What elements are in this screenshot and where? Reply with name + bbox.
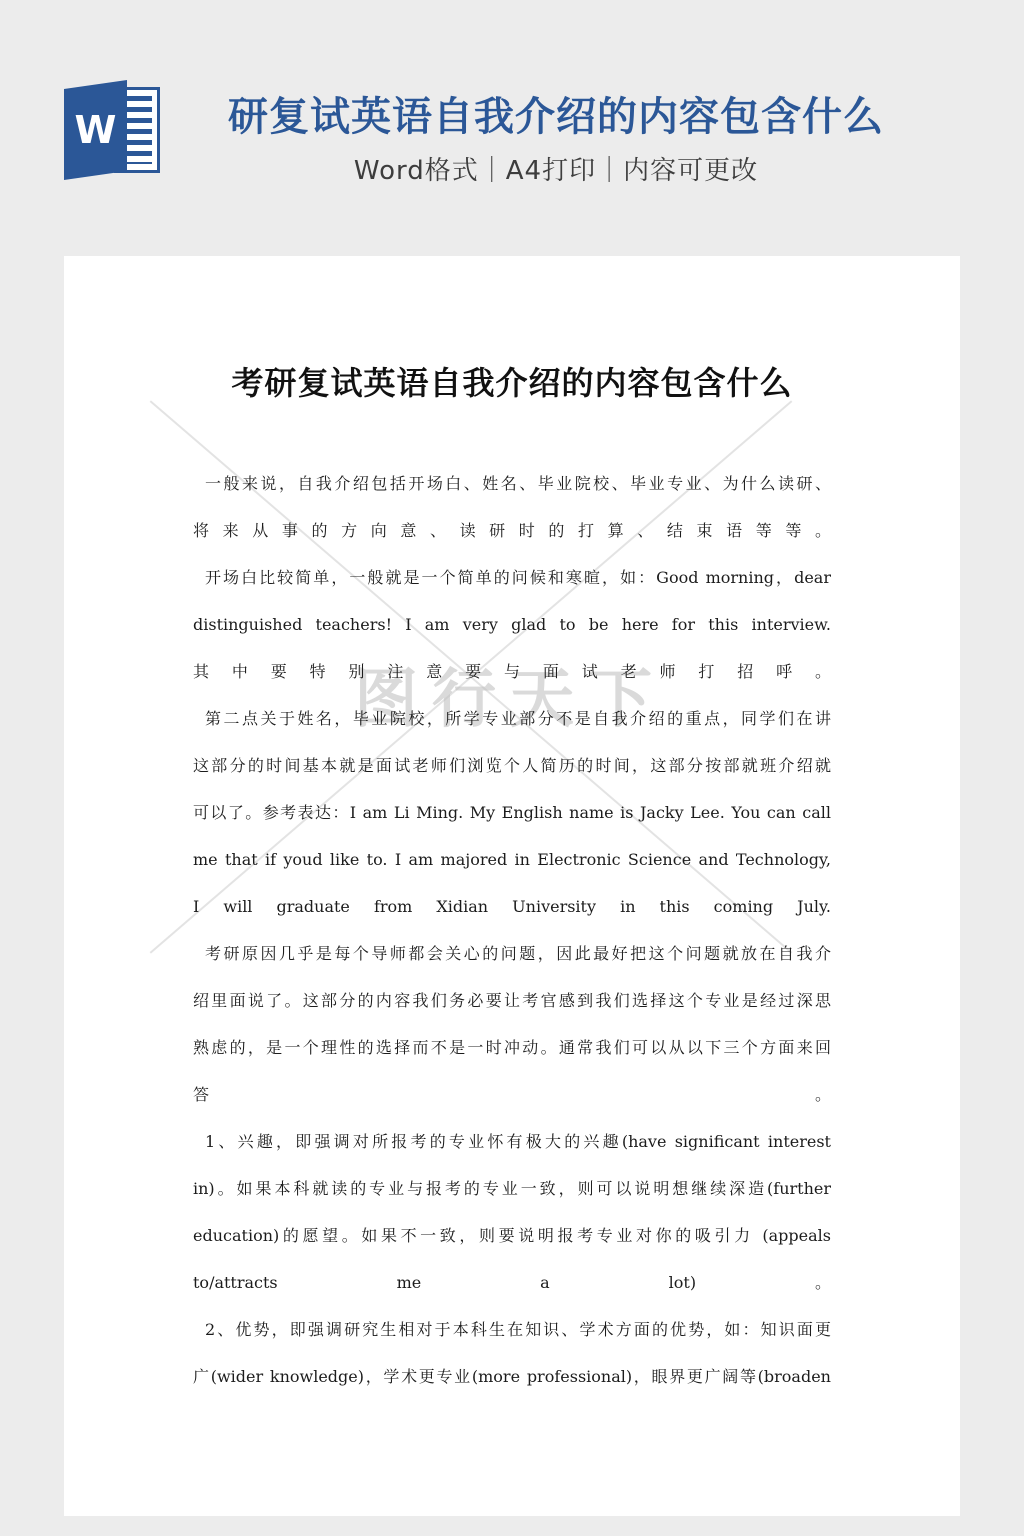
word-logo-icon: W — [64, 80, 160, 180]
text-line: 答 。 — [193, 1071, 831, 1118]
document-body: 一般来说，自我介绍包括开场白、姓名、毕业院校、毕业专业、为什么读研、将来从事的方… — [193, 460, 831, 1400]
text-line: I will graduate from Xidian University i… — [193, 883, 831, 930]
text-line: 开场白比较简单，一般就是一个简单的问候和寒暄，如：Good morning，de… — [193, 554, 831, 601]
page-subtitle: Word格式｜A4打印｜内容可更改 — [170, 154, 942, 188]
text-line: 这部分的时间基本就是面试老师们浏览个人简历的时间，这部分按部就班介绍就 — [193, 742, 831, 789]
text-line: 绍里面说了。这部分的内容我们务必要让考官感到我们选择这个专业是经过深思 — [193, 977, 831, 1024]
text-line: 一般来说，自我介绍包括开场白、姓名、毕业院校、毕业专业、为什么读研、 — [193, 460, 831, 507]
text-line: me that if youd like to. I am majored in… — [193, 836, 831, 883]
text-line: 将来从事的方向意、读研时的打算、结束语等等。 — [193, 507, 831, 554]
word-logo-letter: W — [75, 111, 117, 149]
text-line: 熟虑的，是一个理性的选择而不是一时冲动。通常我们可以从以下三个方面来回 — [193, 1024, 831, 1071]
text-line: distinguished teachers! I am very glad t… — [193, 601, 831, 648]
text-line: 广(wider knowledge)，学术更专业(more profession… — [193, 1353, 831, 1400]
document-page: 图行天下 考研复试英语自我介绍的内容包含什么 一般来说，自我介绍包括开场白、姓名… — [64, 256, 960, 1516]
page-background: { "header": { "icon_letter": "W", "title… — [0, 0, 1024, 1536]
site-header: W 研复试英语自我介绍的内容包含什么 Word格式｜A4打印｜内容可更改 — [0, 0, 1024, 256]
text-line: 考研原因几乎是每个导师都会关心的问题，因此最好把这个问题就放在自我介 — [193, 930, 831, 977]
text-line: 2、优势，即强调研究生相对于本科生在知识、学术方面的优势，如：知识面更 — [193, 1306, 831, 1353]
text-line: 1、兴趣，即强调对所报考的专业怀有极大的兴趣(have significant … — [193, 1118, 831, 1165]
document-content: 考研复试英语自我介绍的内容包含什么 一般来说，自我介绍包括开场白、姓名、毕业院校… — [64, 256, 960, 1516]
text-line: 可以了。参考表达：I am Li Ming. My English name i… — [193, 789, 831, 836]
text-line: 其中要特别注意要与面试老师打招呼。 — [193, 648, 831, 695]
page-title: 研复试英语自我介绍的内容包含什么 — [170, 92, 942, 142]
word-logo-cover: W — [64, 80, 127, 180]
text-line: to/attracts me a lot) 。 — [193, 1259, 831, 1306]
text-line: in)。如果本科就读的专业与报考的专业一致，则可以说明想继续深造(further — [193, 1165, 831, 1212]
header-text: 研复试英语自我介绍的内容包含什么 Word格式｜A4打印｜内容可更改 — [170, 92, 942, 188]
document-title: 考研复试英语自我介绍的内容包含什么 — [64, 359, 960, 407]
text-line: education)的愿望。如果不一致，则要说明报考专业对你的吸引力 (appe… — [193, 1212, 831, 1259]
text-line: 第二点关于姓名，毕业院校，所学专业部分不是自我介绍的重点，同学们在讲 — [193, 695, 831, 742]
